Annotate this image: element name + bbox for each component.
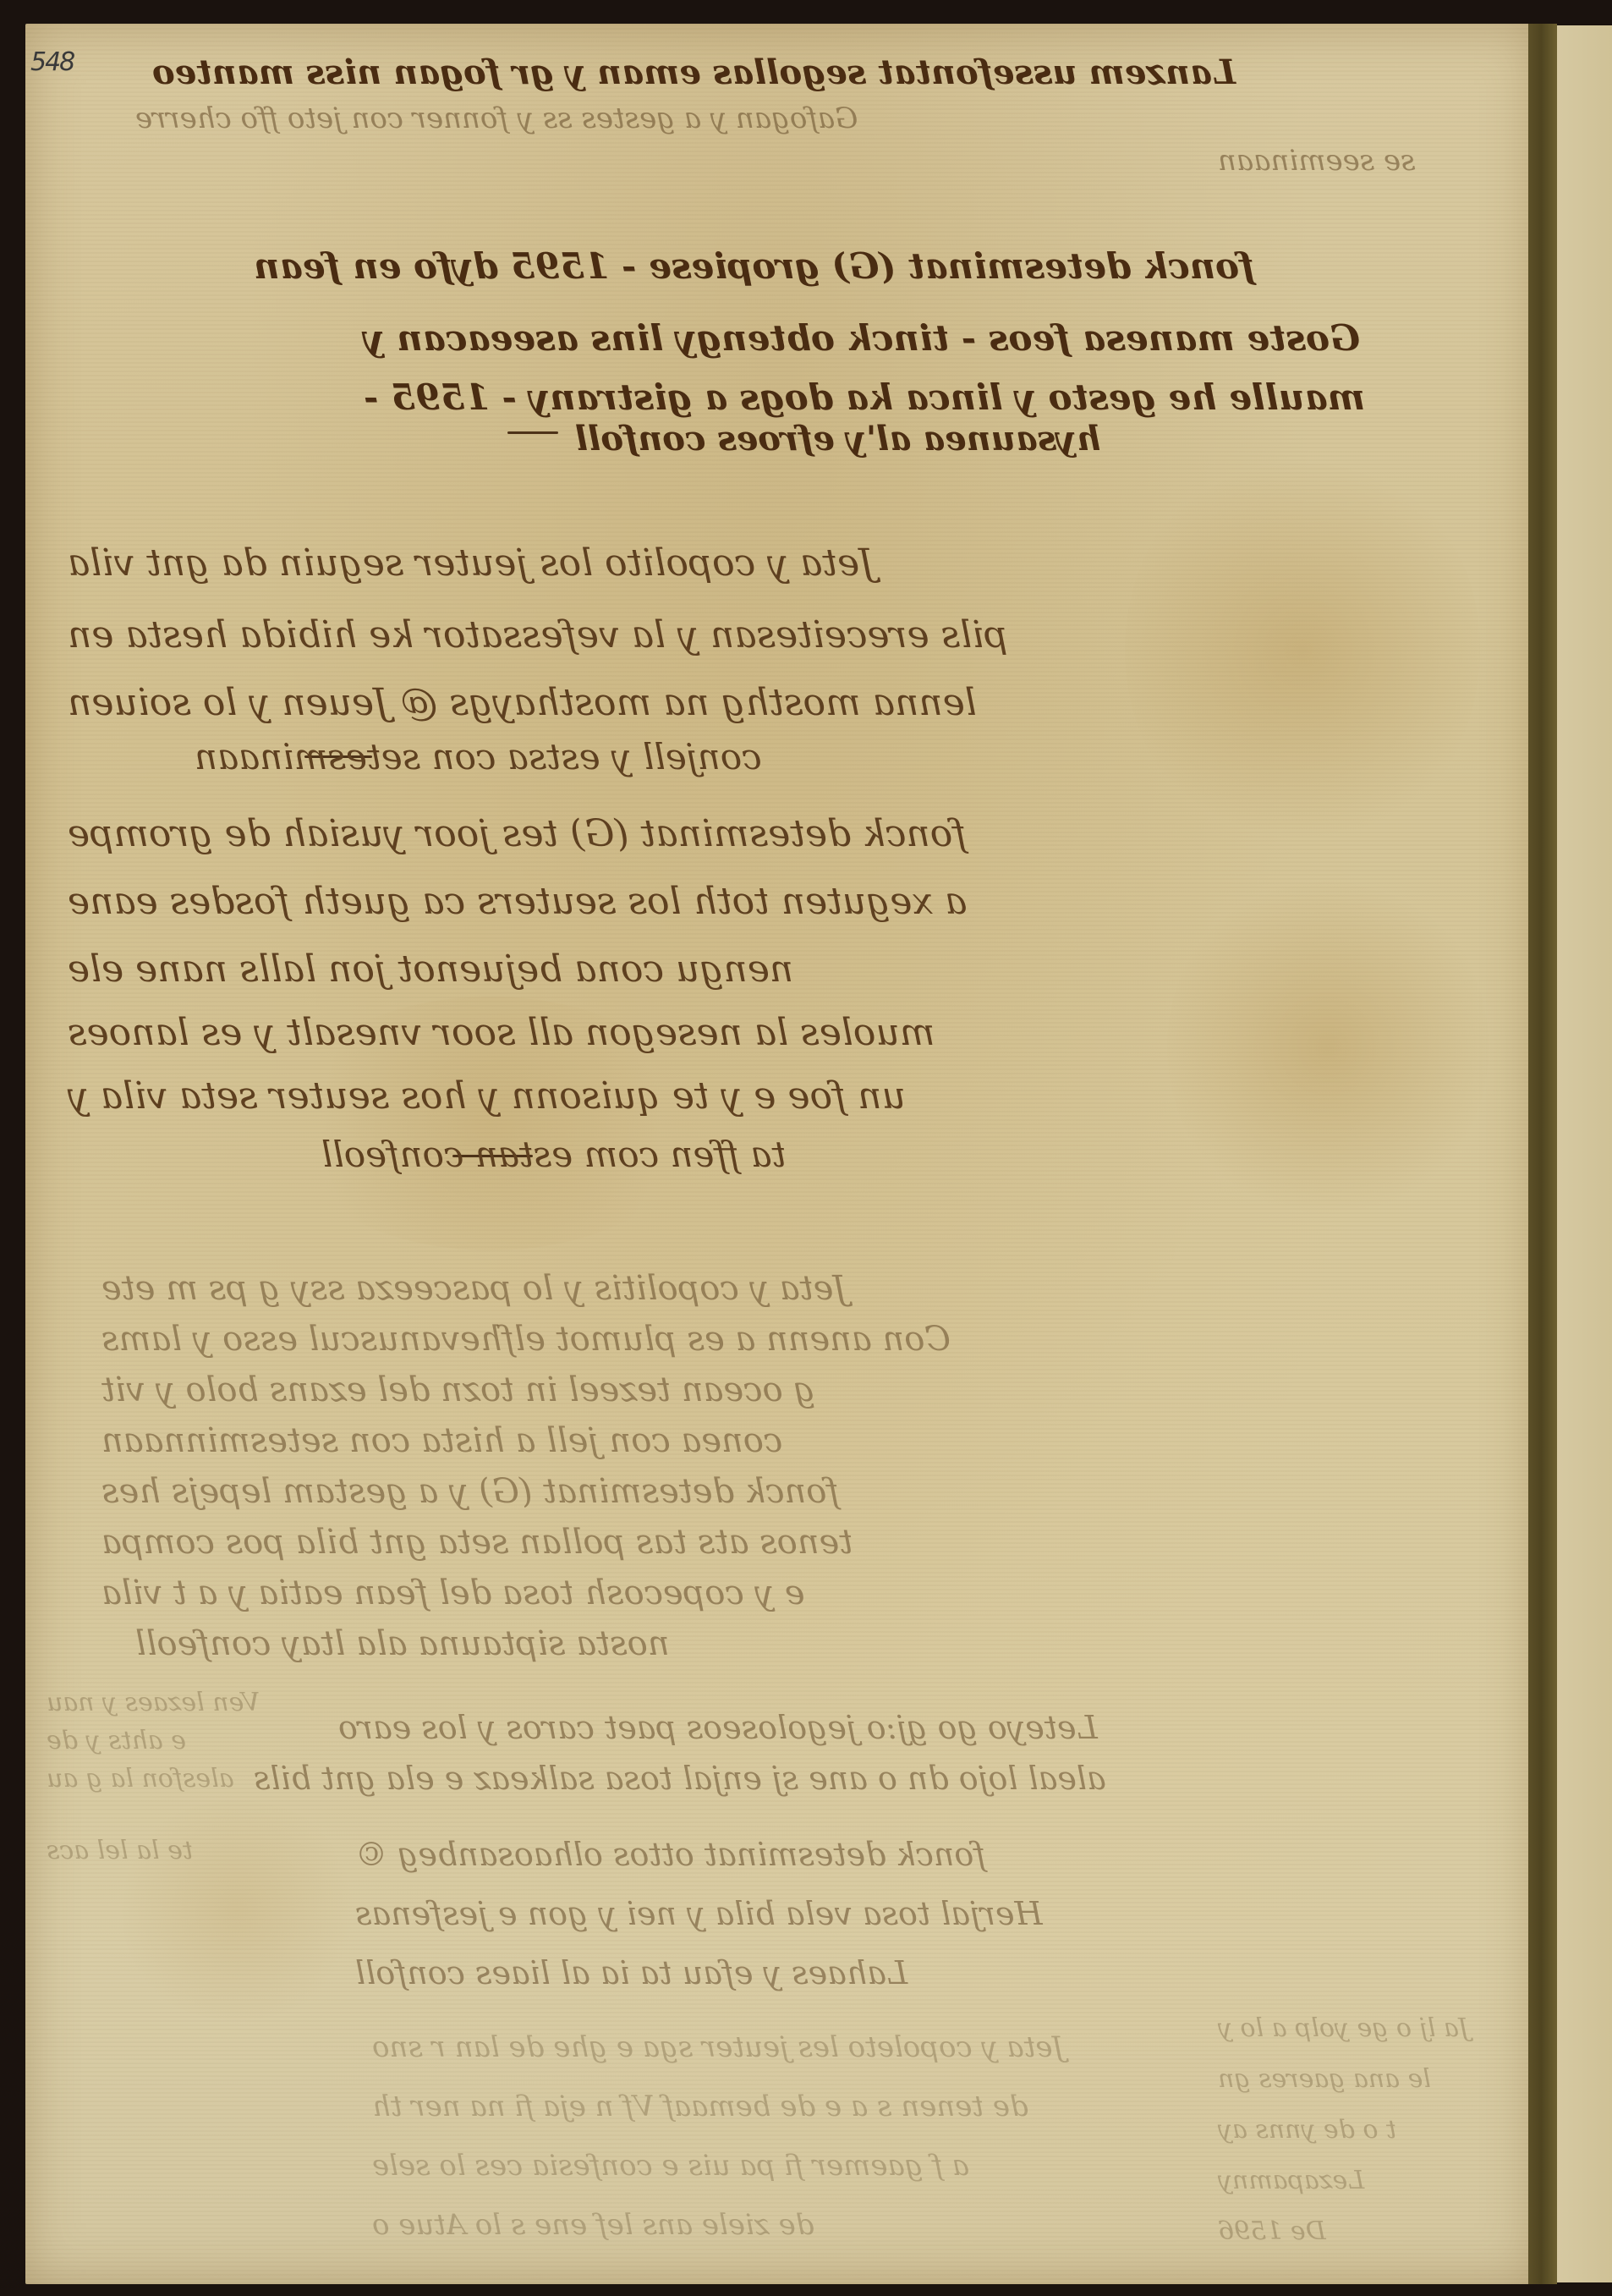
marginal-note: e ahts y de xyxy=(47,1726,186,1755)
marginal-note: t o de ynns ay xyxy=(1218,2115,1396,2145)
marginal-note: Ven lezaes y nau xyxy=(47,1688,260,1717)
text-line: fonck detesminat (G) y a gestam lepejs h… xyxy=(101,1472,839,1511)
text-line: hysaunea al'y efroes confoll xyxy=(575,419,1100,459)
text-line: Lahaes y efau ta ia al liaes confoll xyxy=(355,1954,907,1991)
text-line: Goste manesa feos - tinck obtengy lins a… xyxy=(364,317,1360,359)
text-line: Jeta y copoleto les jeuter sga e ghe de … xyxy=(372,2030,1064,2064)
text-line: Herjal tosa vela bila y nei y gon e jesf… xyxy=(355,1895,1043,1932)
text-line: pils ereceitesan y la vefessator ke hibi… xyxy=(68,613,1008,656)
text-line: lenna mosthg na mosthaygs @ Jeuen y lo s… xyxy=(68,681,977,724)
text-line: de ziele ans lef ene s lo Atue o xyxy=(372,2208,814,2242)
text-line: Lanzem ussefontat segollas eman y gr fog… xyxy=(152,52,1236,92)
text-line: aleal lojo dn o ane sj enjal tosa salkea… xyxy=(254,1760,1106,1797)
marginal-note: te la lel acs xyxy=(47,1836,193,1865)
text-line: Jeta y copolito los jeuter seguin da gnt… xyxy=(68,541,875,585)
marginal-note: De 1596 xyxy=(1218,2216,1326,2246)
text-line: muoles la nesegon all soor vnesalt y es … xyxy=(68,1011,935,1054)
line-end-dash xyxy=(507,431,558,434)
adjacent-page-edge xyxy=(1557,25,1612,2282)
text-line: fonck detesminat ottos olhaosanbeg © xyxy=(355,1836,985,1873)
text-line: e y copecosh tosa del fean eatia y a t v… xyxy=(101,1574,804,1612)
text-line: Leteyo go gj:o jegoloseos paet caros y l… xyxy=(338,1709,1098,1746)
text-line: nosta siptauna ala ltay confeoll xyxy=(135,1624,670,1663)
water-stain xyxy=(1167,870,1489,1225)
marginal-note: Ja lj o ge yolp a lo y xyxy=(1218,2013,1469,2043)
marginal-note: alesfon la g au xyxy=(47,1764,234,1793)
text-line: Gafogan y a gestes ss y fonner con jeto … xyxy=(135,102,858,135)
text-line: a f gaemer fi pa uis e confesia ces lo s… xyxy=(372,2149,969,2183)
text-line: fonck detesminat (G) gropiese - 1595 dyf… xyxy=(254,245,1254,287)
text-line: de tenen s a e de bemaaf Vf n eja fi na … xyxy=(372,2090,1028,2123)
text-line: Con anenn a es plumot elfhevanuscul esso… xyxy=(101,1320,951,1359)
folio-number: 548 xyxy=(30,47,74,77)
water-stain xyxy=(1125,447,1480,853)
binding-gutter xyxy=(1528,24,1557,2284)
water-stain xyxy=(110,1800,364,2020)
text-line: conea con jell a hista con setesminnaan xyxy=(101,1421,782,1460)
text-line: ta ffen com estan confeoll xyxy=(321,1134,786,1175)
text-line: maulle he gesto y linca ka dogs a gistra… xyxy=(364,376,1365,418)
text-line: a xeguten toth los seuters ca gueth fosd… xyxy=(68,880,967,923)
marginal-note: le ana gaeres gn xyxy=(1218,2064,1431,2094)
text-line: Jeta y copolitis y lo pasceeza ssy g ps … xyxy=(101,1269,847,1308)
text-line: g ocean tezeel in tozn del ezans bolo y … xyxy=(101,1370,815,1409)
text-line: conjell y estsa con setesminaan xyxy=(195,736,762,777)
text-line: un foe e y te quisonn y hos seuter seta … xyxy=(68,1074,906,1118)
text-line: fonck detesminat (G) tes joor yusiah de … xyxy=(68,812,967,855)
text-line: nengu cona bejuenot jon lalls nane ele xyxy=(68,948,793,991)
text-line: tenos ats tas pollan seta gnt bila pos c… xyxy=(101,1523,853,1562)
marginal-note: Lezapamny xyxy=(1218,2166,1364,2195)
text-line: se seeminaan xyxy=(1218,144,1416,178)
